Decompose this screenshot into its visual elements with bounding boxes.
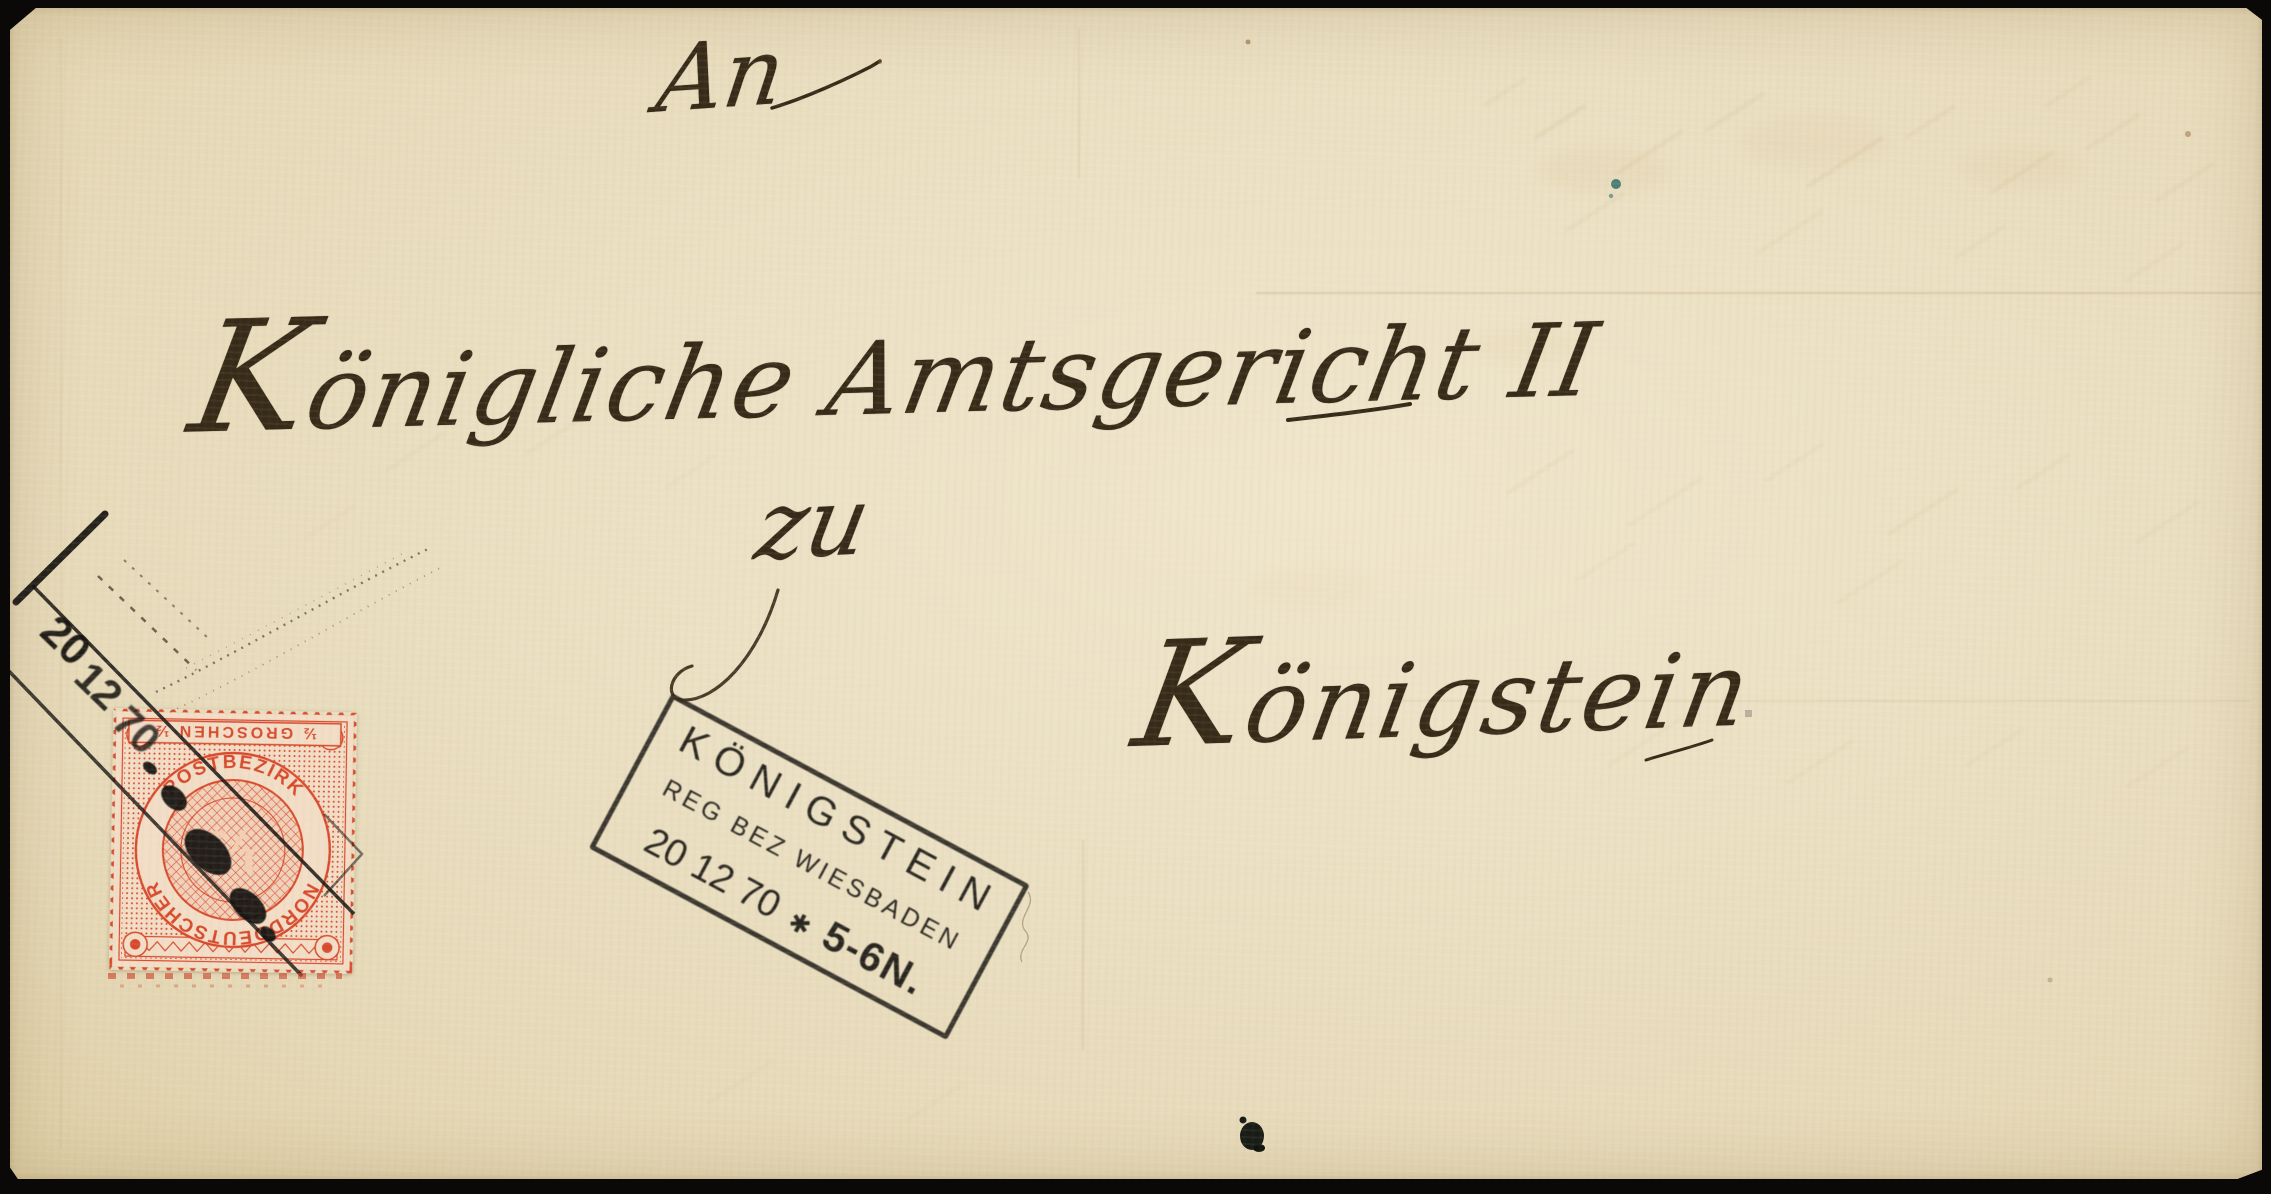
- showthrough-stroke: [1615, 129, 1684, 176]
- destination-text: Königstein: [1125, 630, 1761, 771]
- paper-fibre: [1021, 892, 1031, 962]
- showthrough-stroke: [304, 504, 356, 540]
- showthrough-stroke: [1626, 476, 1704, 528]
- showthrough-smudge: [1250, 568, 1370, 608]
- showthrough-stroke: [1886, 487, 1959, 537]
- postage-stamp: NORDDEUTSCHER POSTBEZIRK ½ ½ GROSCHEN ½: [109, 708, 358, 974]
- showthrough-stroke: [2043, 75, 2091, 108]
- showthrough-stroke: [2135, 500, 2200, 544]
- preposition-text: zu: [747, 466, 878, 582]
- showthrough-stroke: [1835, 559, 1904, 606]
- ink-smudge-streaks: [156, 548, 440, 712]
- fold-crease: [1082, 840, 1084, 1050]
- showthrough-stroke: [1534, 104, 1586, 140]
- handwritten-destination: Königstein: [1125, 603, 1766, 770]
- salutation-text: An: [651, 17, 792, 134]
- stamp-value-numeral: ½: [204, 818, 261, 883]
- fold-crease: [60, 38, 62, 1148]
- handwritten-preposition: zu: [749, 475, 877, 576]
- asterisk-icon: ✱: [783, 905, 817, 943]
- salutation-flourish: [772, 61, 880, 108]
- boxed-datestamp: KÖNIGSTEIN REG BEZ WIESBADEN 20 12 70 ✱ …: [589, 693, 1030, 1040]
- showthrough-smudge: [1960, 148, 2080, 188]
- showthrough-stroke: [1806, 136, 1884, 188]
- partial-strike-digits-1: 20: [31, 606, 100, 675]
- showthrough-stroke: [1705, 91, 1766, 132]
- showthrough-stroke: [664, 454, 716, 490]
- showthrough-stroke: [2084, 113, 2141, 152]
- showthrough-smudge: [1740, 118, 1890, 168]
- showthrough-stroke: [1954, 224, 2006, 260]
- showthrough-stroke: [1575, 541, 1636, 582]
- fold-crease: [1078, 28, 1080, 178]
- showthrough-stroke: [1565, 191, 1626, 232]
- showthrough-stroke: [2014, 453, 2071, 492]
- ink-overlay: 20 12 70: [10, 8, 2262, 1179]
- handwritten-salutation: An: [652, 25, 790, 127]
- showthrough-stroke: [1904, 104, 1956, 140]
- showthrough-stroke: [2125, 241, 2186, 282]
- zu-descender-swash: [671, 590, 778, 700]
- showthrough-stroke: [1483, 77, 1527, 108]
- showthrough-stroke: [1965, 726, 2026, 767]
- stamp-design: NORDDEUTSCHER POSTBEZIRK ½ ½ GROSCHEN ½: [111, 710, 355, 972]
- ink-blot: [1240, 1117, 1266, 1153]
- showthrough-stroke: [705, 1059, 774, 1106]
- envelope-paper: An Königliche Amtsgericht II zu Königste…: [10, 8, 2262, 1179]
- showthrough-stroke: [905, 1081, 966, 1122]
- stamp-value-band: ½ GROSCHEN ½: [153, 722, 317, 742]
- showthrough-stroke: [2125, 745, 2190, 789]
- showthrough-stroke: [1755, 209, 1824, 256]
- paper-specks: [878, 40, 2191, 983]
- showthrough-stroke: [1765, 441, 1826, 482]
- showthrough-stroke: [2155, 161, 2216, 202]
- handwritten-recipient: Königliche Amtsgericht II: [181, 265, 1615, 456]
- recipient-text: Königliche Amtsgericht II: [181, 300, 1608, 455]
- showthrough-smudge: [1540, 148, 1670, 193]
- showthrough-stroke: [1505, 449, 1574, 496]
- showthrough-stroke: [1785, 739, 1854, 786]
- showthrough-stroke: [1990, 150, 2055, 194]
- scanned-postal-cover: An Königliche Amtsgericht II zu Königste…: [0, 0, 2271, 1194]
